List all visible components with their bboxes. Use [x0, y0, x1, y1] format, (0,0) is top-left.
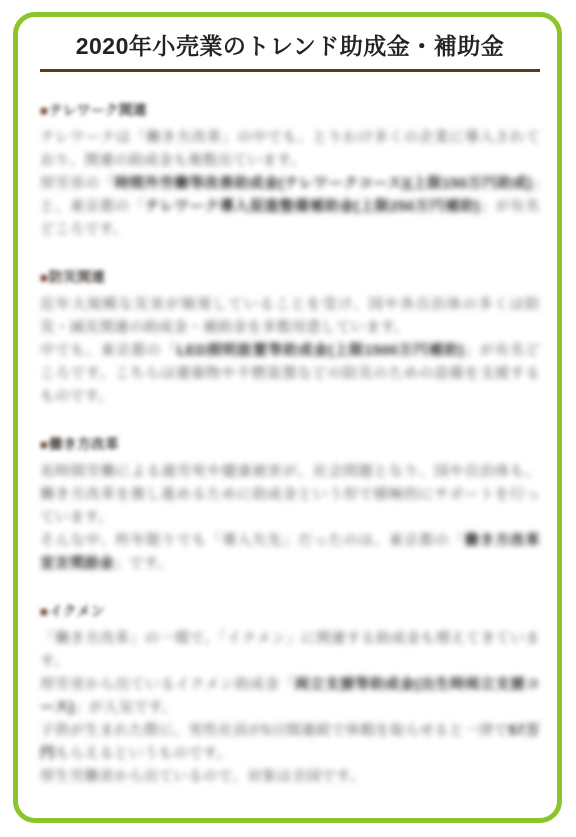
card-inner: 2020年小売業のトレンド助成金・補助金 ■テレワーク関連 テレワークは「働き方… [18, 31, 557, 789]
paragraph: 中でも、東京都の「LED照明設置等助成金(上限1500万円補助)」が有名どころで… [40, 340, 540, 409]
section-heading: ■働き方改革 [40, 437, 540, 452]
text-run: 中でも、東京都の「 [40, 343, 177, 359]
text-run: 厚労省から出ているイクメン助成金「 [40, 677, 295, 693]
text-run: テレワークは「働き方改革」の中でも、とりわけ多くの企業に導入されており、関連の助… [40, 130, 540, 169]
section-workstyle-reform: ■働き方改革 長時間労働による過労死や健康被害が、社会問題となり、国や自治体も、… [40, 437, 540, 576]
text-run: 」です。 [114, 556, 172, 572]
text-run-bold: LED照明設置等助成金(上限1500万円補助) [177, 343, 464, 359]
text-run: 厚労省の「 [40, 176, 115, 192]
paragraph: 厚労省の「時間外労働等改善助成金(テレワークコース)(上限150万円助成)」と、… [40, 173, 540, 242]
paragraph: そんな中、昨年限りでも「導入矢先」だったのは、東京都の「働き方改革宣言奨励金」で… [40, 530, 540, 576]
text-run: 長時間労働による過労死や健康被害が、社会問題となり、国や自治体も、働き方改革を推… [40, 464, 540, 526]
text-run-bold: 時間外労働等改善助成金(テレワークコース)(上限150万円助成) [115, 176, 533, 192]
section-heading: ■防災関連 [40, 270, 540, 285]
text-run: 「働き方改革」の一環で、「イクメン」に関連する助成金も増えてきています。 [40, 631, 540, 670]
page-title: 2020年小売業のトレンド助成金・補助金 [40, 31, 540, 61]
paragraph: テレワークは「働き方改革」の中でも、とりわけ多くの企業に導入されており、関連の助… [40, 127, 540, 173]
section-heading-label: テレワーク関連 [49, 102, 147, 118]
text-run: 子供が生まれた際に、男性社員が5日間連続で休暇を取らせると一律で [40, 723, 508, 739]
text-run-bold: テレワーク導入促進整備補助金(上限250万円補助) [145, 199, 480, 215]
text-run: そんな中、昨年限りでも「導入矢先」だったのは、東京都の「 [40, 533, 465, 549]
square-bullet-icon: ■ [40, 270, 48, 285]
text-run: 厚生労働省から出ているので、対象は全国です。 [40, 769, 364, 785]
content-card: 2020年小売業のトレンド助成金・補助金 ■テレワーク関連 テレワークは「働き方… [13, 12, 562, 823]
text-run: 」が人気です。 [74, 700, 176, 716]
paragraph: 近年大規模な災害が頻発していることを受け、国や各自治体の多くは防災・減災関連の助… [40, 294, 540, 340]
section-heading-label: 防災関連 [49, 269, 105, 285]
section-ikumen: ■イクメン 「働き方改革」の一環で、「イクメン」に関連する助成金も増えてきていま… [40, 604, 540, 789]
text-run: もらえるというものです。 [55, 746, 231, 762]
title-underline [40, 69, 540, 72]
square-bullet-icon: ■ [40, 437, 48, 452]
section-heading-label: イクメン [49, 603, 105, 619]
paragraph: 厚生労働省から出ているので、対象は全国です。 [40, 766, 540, 789]
section-heading: ■テレワーク関連 [40, 103, 540, 118]
paragraph: 子供が生まれた際に、男性社員が5日間連続で休暇を取らせると一律で57万円もらえる… [40, 720, 540, 766]
text-run: 近年大規模な災害が頻発していることを受け、国や各自治体の多くは防災・減災関連の助… [40, 297, 540, 336]
square-bullet-icon: ■ [40, 604, 48, 619]
paragraph: 長時間労働による過労死や健康被害が、社会問題となり、国や自治体も、働き方改革を推… [40, 461, 540, 530]
paragraph: 厚労省から出ているイクメン助成金「両立支援等助成金(出生時両立支援コース)」が人… [40, 674, 540, 720]
section-disaster-prevention: ■防災関連 近年大規模な災害が頻発していることを受け、国や各自治体の多くは防災・… [40, 270, 540, 409]
section-heading-label: 働き方改革 [49, 436, 119, 452]
section-telework: ■テレワーク関連 テレワークは「働き方改革」の中でも、とりわけ多くの企業に導入さ… [40, 103, 540, 242]
square-bullet-icon: ■ [40, 103, 48, 118]
section-heading: ■イクメン [40, 604, 540, 619]
paragraph: 「働き方改革」の一環で、「イクメン」に関連する助成金も増えてきています。 [40, 628, 540, 674]
